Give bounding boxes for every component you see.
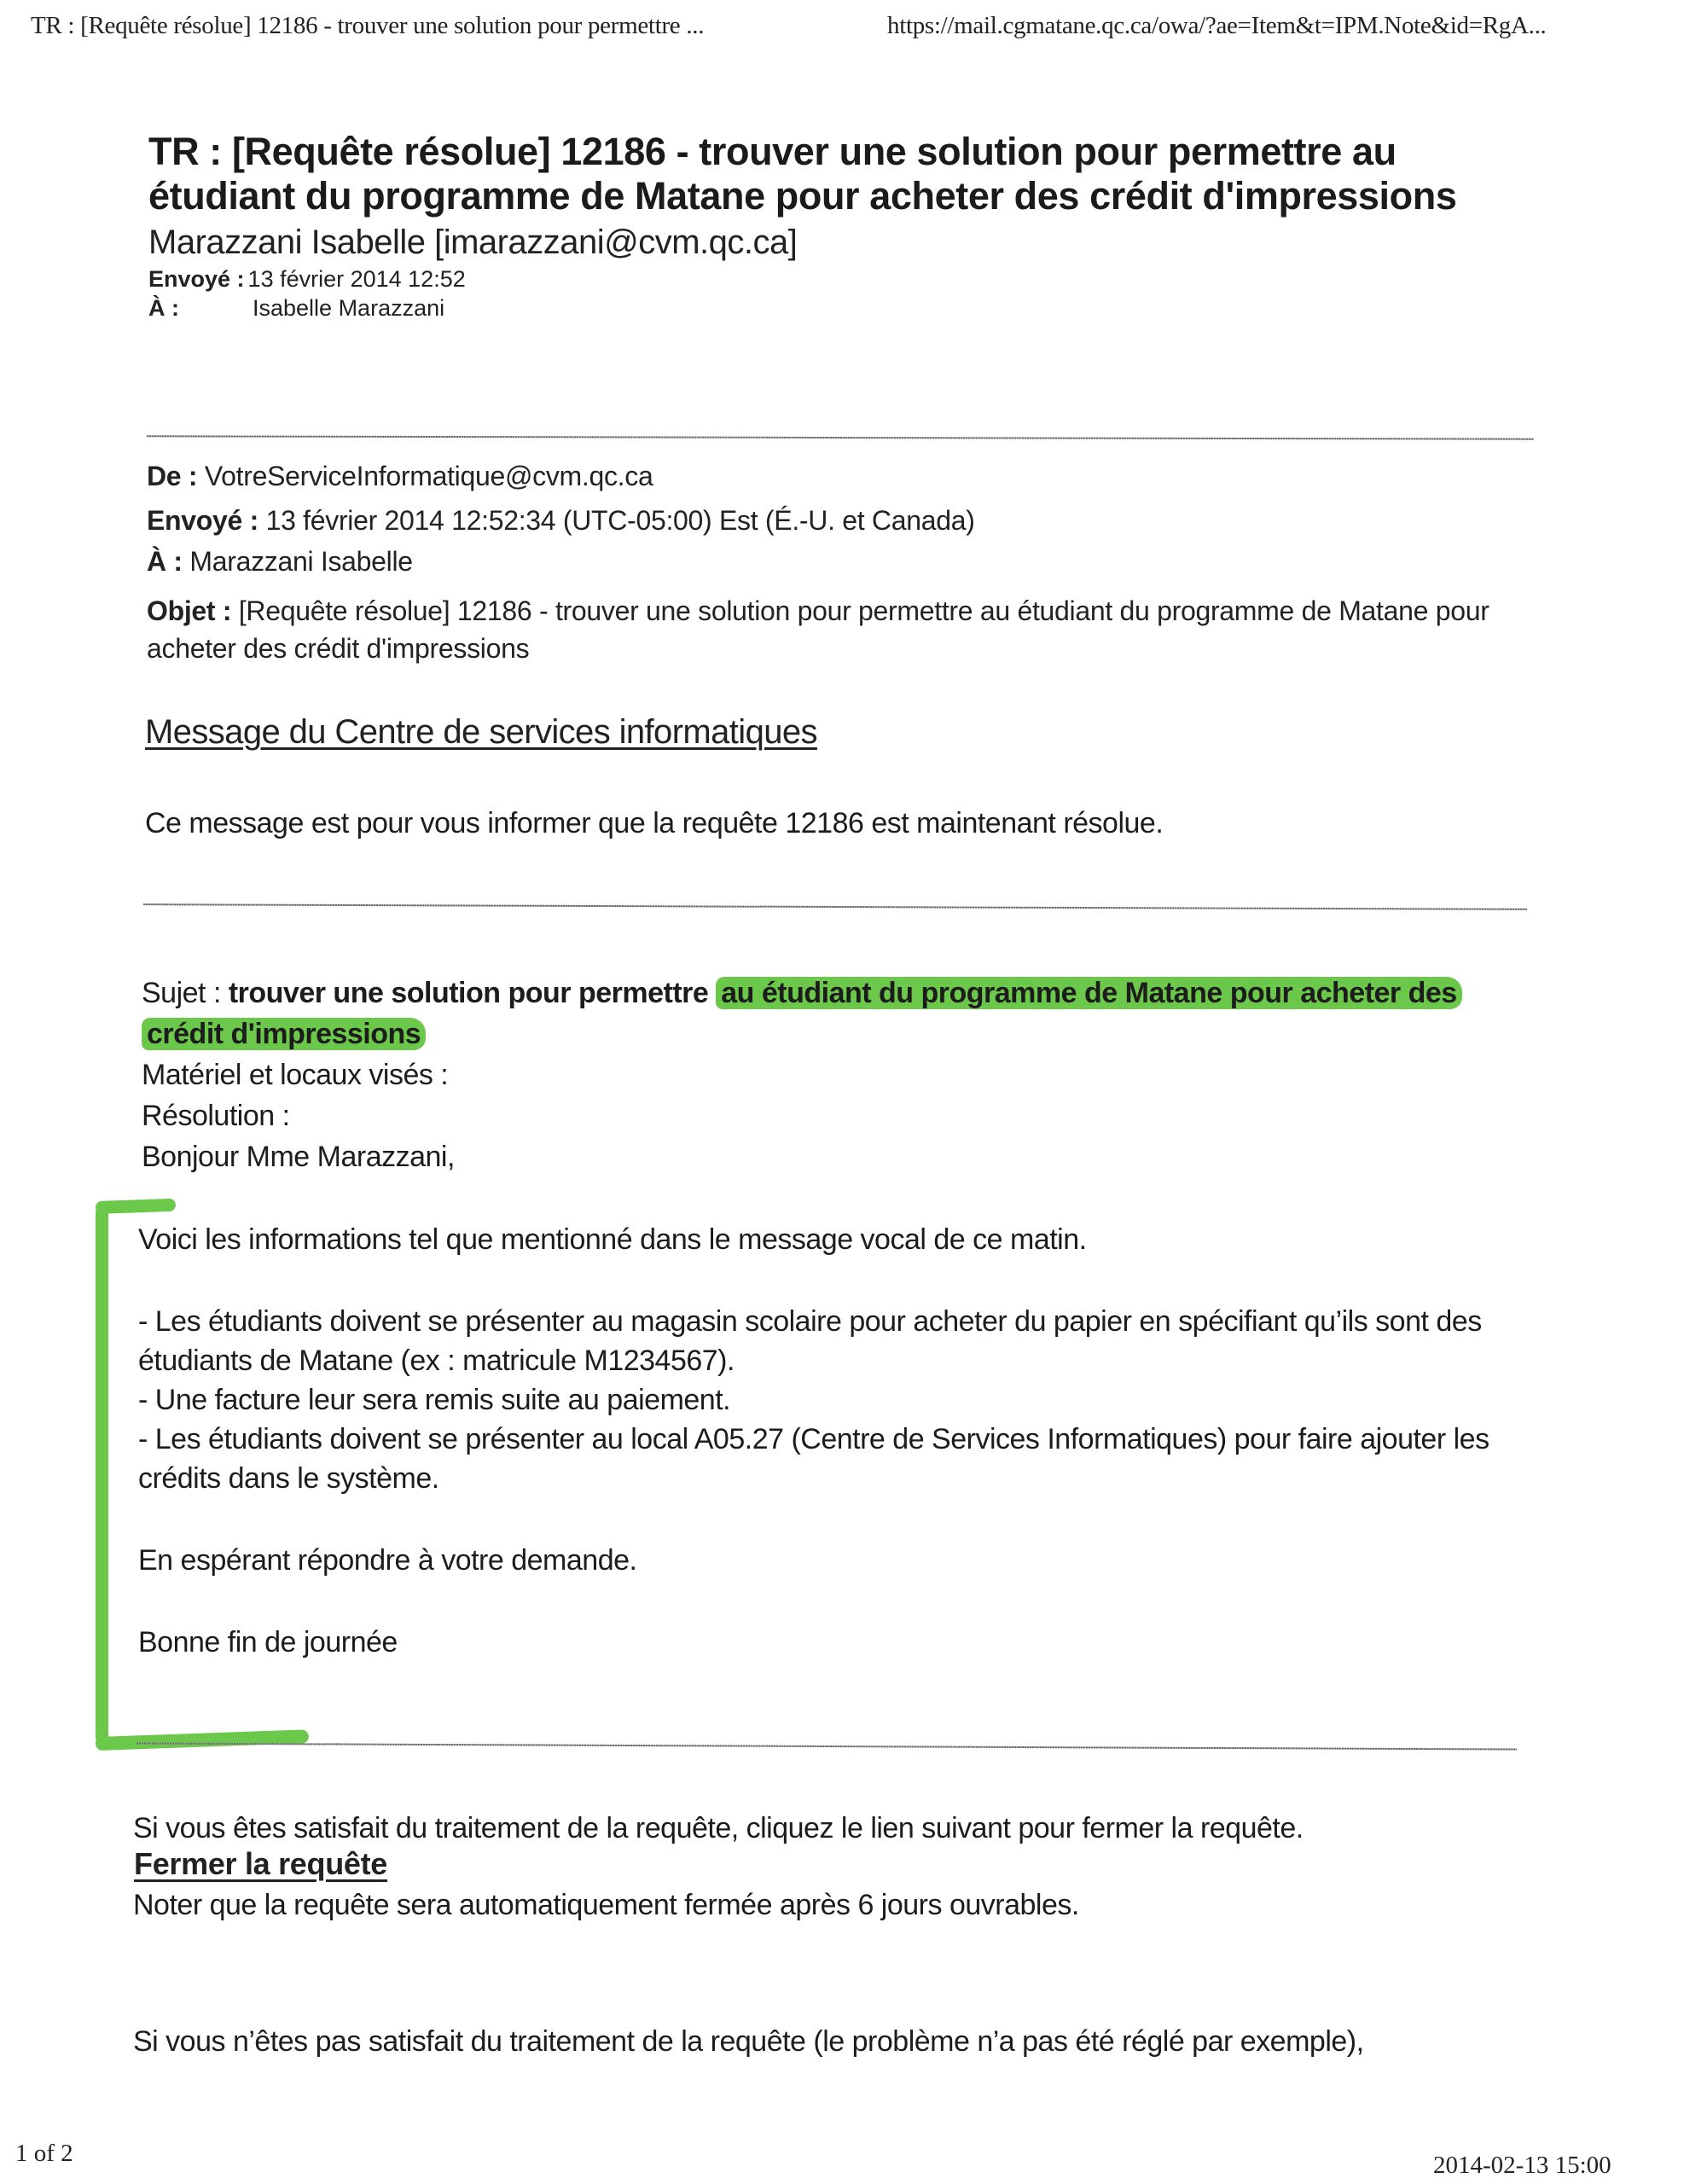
fwd-sent-row: Envoyé : 13 février 2014 12:52:34 (UTC-0… — [147, 505, 975, 537]
body-line: - Les étudiants doivent se présenter au … — [138, 1420, 1520, 1498]
section-title: Message du Centre de services informatiq… — [145, 713, 817, 752]
resolution-label: Résolution : — [142, 1095, 455, 1136]
print-header-title: TR : [Requête résolue] 12186 - trouver u… — [31, 12, 704, 40]
fwd-from-label: De : — [147, 461, 197, 491]
fwd-subject-value: [Requête résolue] 12186 - trouver une so… — [147, 595, 1489, 664]
highlighter-bracket-bottom — [96, 1729, 309, 1751]
email-to-row: À :Isabelle Marazzani — [148, 295, 444, 322]
fwd-to-label: À : — [147, 546, 183, 577]
separator — [143, 903, 1527, 910]
fwd-from-value: VotreServiceInformatique@cvm.qc.ca — [205, 461, 653, 491]
body-line: Bonne fin de journée — [138, 1623, 1520, 1662]
to-value: Isabelle Marazzani — [253, 295, 444, 321]
fwd-to-value: Marazzani Isabelle — [189, 546, 412, 577]
fwd-to-row: À : Marazzani Isabelle — [147, 546, 413, 578]
email-subject: TR : [Requête résolue] 12186 - trouver u… — [148, 130, 1548, 218]
body-line: En espérant répondre à votre demande. — [138, 1541, 1520, 1580]
not-satisfied-text: Si vous n’êtes pas satisfait du traiteme… — [133, 2025, 1532, 2059]
highlighter-bracket — [96, 1206, 108, 1744]
sujet-plain: trouver une solution pour permettre — [229, 977, 716, 1009]
body-line: Voici les informations tel que mentionné… — [138, 1220, 1520, 1259]
greeting: Bonjour Mme Marazzani, — [142, 1136, 455, 1177]
email-sent-row: Envoyé :13 février 2014 12:52 — [148, 266, 466, 293]
auto-close-note: Noter que la requête sera automatiquemen… — [133, 1889, 1532, 1922]
sujet-row: Sujet : trouver une solution pour permet… — [142, 973, 1507, 1054]
close-request-link[interactable]: Fermer la requête — [134, 1846, 387, 1882]
sujet-label: Sujet : — [142, 977, 229, 1009]
email-sender: Marazzani Isabelle [imarazzani@cvm.qc.ca… — [148, 224, 797, 262]
fwd-sent-value: 13 février 2014 12:52:34 (UTC-05:00) Est… — [266, 505, 975, 536]
sent-value: 13 février 2014 12:52 — [248, 266, 466, 292]
to-label: À : — [148, 295, 179, 321]
sujet-details: Matériel et locaux visés : Résolution : … — [142, 1054, 455, 1177]
fwd-sent-label: Envoyé : — [147, 505, 258, 536]
intro-text: Ce message est pour vous informer que la… — [145, 807, 1163, 840]
resolution-body: Voici les informations tel que mentionné… — [138, 1220, 1520, 1662]
body-line: - Les étudiants doivent se présenter au … — [138, 1302, 1520, 1380]
fwd-from-row: De : VotreServiceInformatique@cvm.qc.ca — [147, 461, 653, 492]
body-line: - Une facture leur sera remis suite au p… — [138, 1380, 1520, 1420]
print-datetime: 2014-02-13 15:00 — [1433, 2152, 1611, 2180]
satisfied-text: Si vous êtes satisfait du traitement de … — [133, 1812, 1532, 1845]
sent-label: Envoyé : — [148, 266, 245, 292]
fwd-subject-label: Objet : — [147, 595, 231, 626]
separator — [136, 1742, 1517, 1750]
page-number: 1 of 2 — [15, 2140, 73, 2168]
fwd-subject-row: Objet : [Requête résolue] 12186 - trouve… — [147, 592, 1503, 667]
separator — [147, 435, 1534, 439]
print-header-url: https://mail.cgmatane.qc.ca/owa/?ae=Item… — [887, 12, 1547, 40]
materiel-label: Matériel et locaux visés : — [142, 1054, 455, 1095]
